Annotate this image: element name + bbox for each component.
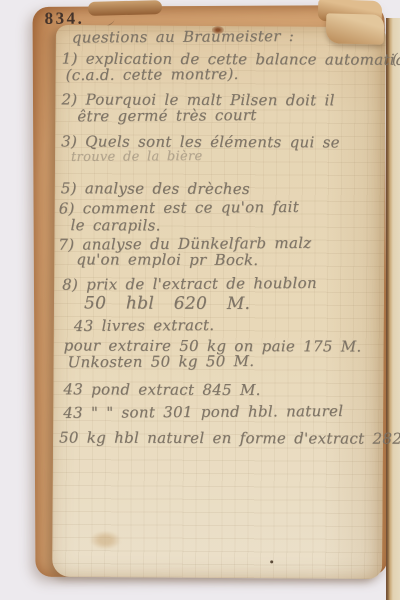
handwritten-line: 5) analyse des drèches xyxy=(61,180,250,198)
handwritten-line: 6) comment est ce qu'on fait xyxy=(59,199,299,218)
handwritten-line: 43 pond extract 845 M. xyxy=(63,381,260,399)
facing-page-edge: ( xyxy=(386,18,400,600)
folded-corner xyxy=(326,13,385,45)
handwritten-line: 50 hbl 620 M. xyxy=(84,295,250,313)
stain xyxy=(90,531,120,549)
handwritten-line: 8) prix de l'extract de houblon xyxy=(62,275,317,294)
handwritten-line: Unkosten 50 kg 50 M. xyxy=(68,353,255,371)
handwritten-line: le carapils. xyxy=(71,217,161,234)
handwritten-line: être germé très court xyxy=(77,107,256,125)
torn-edge-curl xyxy=(88,0,162,16)
handwritten-line: qu'on emploi pr Bock. xyxy=(76,251,258,269)
photo-backdrop: 834. questions au Braumeister :1) explic… xyxy=(0,0,400,600)
handwritten-line: (c.a.d. cette montre). xyxy=(66,66,239,84)
handwritten-line: trouve de la bière xyxy=(71,148,203,166)
handwritten-line: 43 livres extract. xyxy=(74,317,215,335)
notebook-page: questions au Braumeister :1) explication… xyxy=(52,25,386,579)
handwritten-line: questions au Braumeister : xyxy=(72,28,294,47)
handwritten-line: 50 kg hbl naturel en forme d'extract 282 xyxy=(59,429,400,447)
stain xyxy=(212,26,224,34)
handwritten-line: 43 " " sont 301 pond hbl. naturel xyxy=(63,403,343,422)
ink-speck xyxy=(270,560,273,563)
